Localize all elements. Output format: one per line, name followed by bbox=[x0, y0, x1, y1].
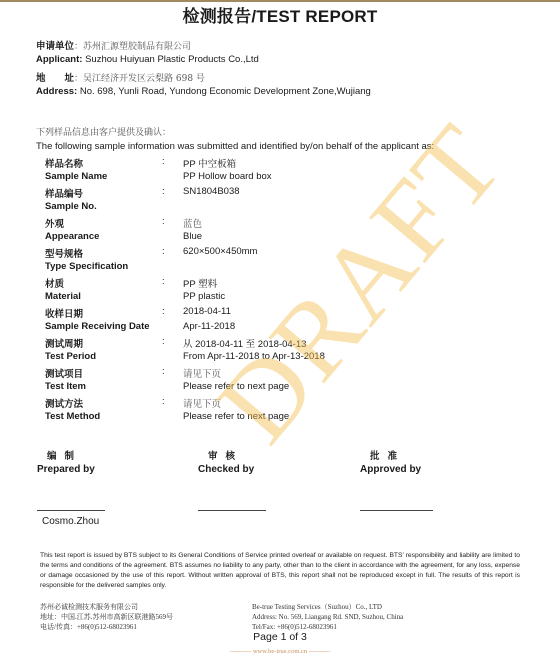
field-cn-value: SN1804B038 bbox=[183, 186, 240, 197]
field-en-value: From Apr-11-2018 to Apr-13-2018 bbox=[183, 351, 325, 362]
field-colon: : bbox=[162, 156, 165, 167]
field-colon: : bbox=[162, 246, 165, 257]
field-en-label: Test Item bbox=[45, 381, 86, 392]
checked-en-label: Checked by bbox=[198, 464, 254, 475]
field-cn-value: 蓝色 bbox=[183, 216, 202, 230]
field-cn-label: 样品名称 bbox=[45, 156, 83, 170]
field-en-label: Appearance bbox=[45, 231, 99, 242]
field-colon: : bbox=[162, 366, 165, 377]
field-cn-value: 请见下页 bbox=[183, 366, 221, 380]
field-en-label: Test Period bbox=[45, 351, 96, 362]
field-en-label: Sample Name bbox=[45, 171, 107, 182]
field-cn-label: 外观 bbox=[45, 216, 64, 230]
field-cn-value: 请见下页 bbox=[183, 396, 221, 410]
address-cn-label: 地 址 bbox=[36, 73, 74, 84]
applicant-en-label: Applicant: bbox=[36, 54, 82, 65]
prepared-en-label: Prepared by bbox=[37, 464, 95, 475]
field-en-label: Material bbox=[45, 291, 81, 302]
footer-en-company: Be-true Testing Services（Suzhou）Co., LTD bbox=[252, 602, 382, 612]
applicant-en-value: Suzhou Huiyuan Plastic Products Co.,Ltd bbox=[82, 54, 258, 65]
field-colon: : bbox=[162, 306, 165, 317]
applicant-en-row: Applicant: Suzhou Huiyuan Plastic Produc… bbox=[36, 54, 259, 65]
field-en-value: Blue bbox=[183, 231, 202, 242]
field-cn-label: 型号规格 bbox=[45, 246, 83, 260]
field-cn-value: PP 中空板箱 bbox=[183, 156, 236, 170]
field-en-value: Please refer to next page bbox=[183, 381, 289, 392]
approved-signature-line bbox=[360, 510, 433, 511]
footer-cn-address: 地址：中国.江苏.苏州市高新区联港路569号 bbox=[40, 612, 173, 622]
checked-signature-line bbox=[198, 510, 266, 511]
approved-cn-label: 批准 bbox=[370, 448, 405, 462]
applicant-cn-value: 苏州汇源塑胶制品有限公司 bbox=[83, 42, 191, 52]
field-en-value: Please refer to next page bbox=[183, 411, 289, 422]
field-en-label: Test Method bbox=[45, 411, 100, 422]
field-cn-value: 620×500×450mm bbox=[183, 246, 257, 257]
field-en-label: Type Specification bbox=[45, 261, 128, 272]
address-en-label: Address: bbox=[36, 86, 77, 97]
field-cn-label: 收样日期 bbox=[45, 306, 83, 320]
field-en-label: Sample No. bbox=[45, 201, 97, 212]
field-cn-label: 材质 bbox=[45, 276, 64, 290]
field-en-value: PP plastic bbox=[183, 291, 225, 302]
prepared-signature-line bbox=[37, 510, 105, 511]
field-colon: : bbox=[162, 336, 165, 347]
report-title: 检测报告/TEST REPORT bbox=[0, 2, 560, 27]
disclaimer-text: This test report is issued by BTS subjec… bbox=[40, 551, 520, 591]
footer-en-address: Address: No. 569, Liangang Rd. SND, Suzh… bbox=[252, 612, 403, 622]
field-colon: : bbox=[162, 216, 165, 227]
field-cn-value: 2018-04-11 bbox=[183, 306, 231, 317]
applicant-cn-sep: ： bbox=[74, 42, 83, 52]
intro-cn: 下列样品信息由客户提供及确认： bbox=[36, 125, 171, 138]
prepared-name: Cosmo.Zhou bbox=[42, 516, 99, 527]
address-cn-row: 地 址：吴江经济开发区云梨路 698 号 bbox=[36, 70, 205, 84]
field-colon: : bbox=[162, 396, 165, 407]
checked-cn-label: 审核 bbox=[208, 448, 243, 462]
intro-en: The following sample information was sub… bbox=[36, 141, 434, 152]
field-cn-label: 样品编号 bbox=[45, 186, 83, 200]
prepared-cn-label: 编制 bbox=[47, 448, 82, 462]
applicant-cn-row: 申请单位：苏州汇源塑胶制品有限公司 bbox=[36, 38, 191, 52]
approved-en-label: Approved by bbox=[360, 464, 421, 475]
website-link[interactable]: ---------- www.be-true.com.cn ---------- bbox=[0, 648, 560, 655]
field-cn-value: 从 2018-04-11 至 2018-04-13 bbox=[183, 336, 306, 350]
field-cn-label: 测试项目 bbox=[45, 366, 83, 380]
address-cn-value: 吴江经济开发区云梨路 698 号 bbox=[83, 74, 205, 84]
field-colon: : bbox=[162, 186, 165, 197]
footer-cn-company: 苏州必诚检测技术服务有限公司 bbox=[40, 602, 138, 612]
field-cn-value: PP 塑料 bbox=[183, 276, 217, 290]
applicant-cn-label: 申请单位 bbox=[36, 41, 74, 52]
field-en-label: Sample Receiving Date bbox=[45, 321, 150, 332]
address-cn-sep: ： bbox=[74, 74, 83, 84]
page-number: Page 1 of 3 bbox=[0, 631, 560, 643]
field-cn-label: 测试周期 bbox=[45, 336, 83, 350]
field-en-value: PP Hollow board box bbox=[183, 171, 272, 182]
address-en-value: No. 698, Yunli Road, Yundong Economic De… bbox=[77, 86, 371, 97]
field-cn-label: 测试方法 bbox=[45, 396, 83, 410]
address-en-row: Address: No. 698, Yunli Road, Yundong Ec… bbox=[36, 86, 371, 97]
field-en-value: Apr-11-2018 bbox=[183, 321, 235, 332]
field-colon: : bbox=[162, 276, 165, 287]
